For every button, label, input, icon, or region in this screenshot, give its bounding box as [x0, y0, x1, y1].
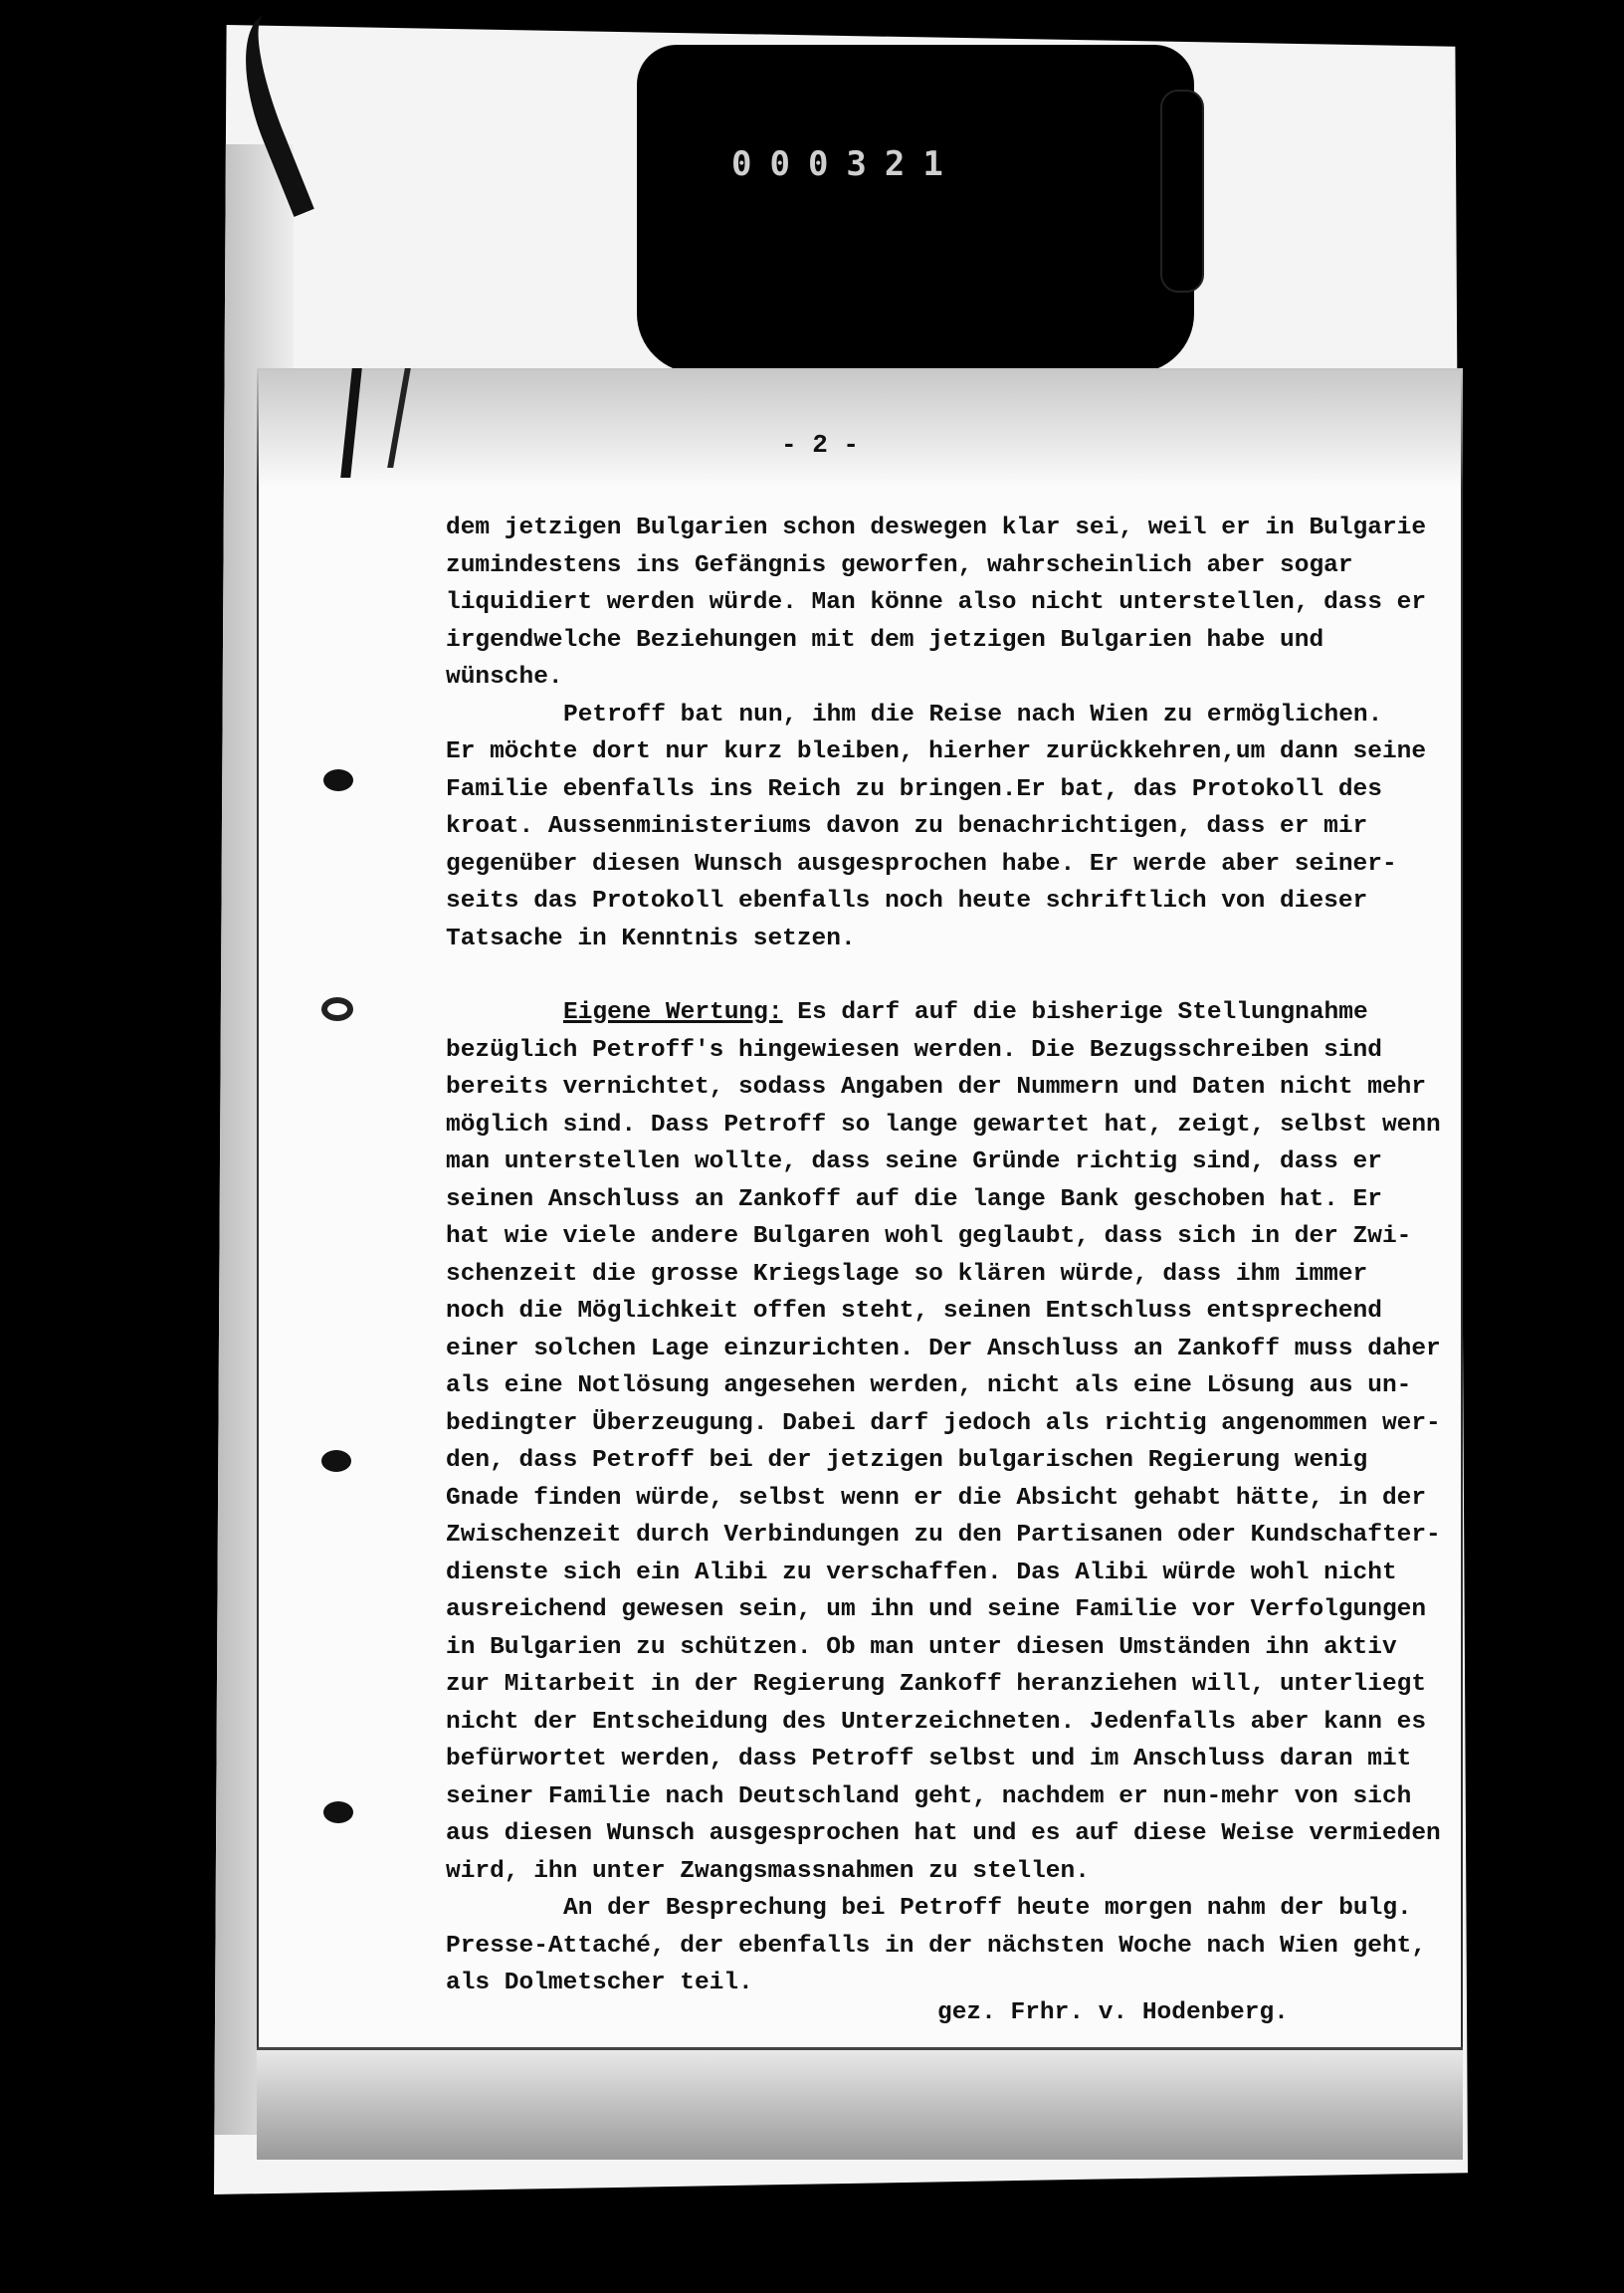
- text-line: bezüglich Petroff's hingewiesen werden. …: [446, 1032, 1441, 1070]
- punch-hole-icon: [321, 1450, 351, 1472]
- text-line: befürwortet werden, dass Petroff selbst …: [446, 1741, 1441, 1778]
- text-line: gegenüber diesen Wunsch ausgesprochen ha…: [446, 846, 1441, 884]
- text-line: zur Mitarbeit in der Regierung Zankoff h…: [446, 1666, 1441, 1704]
- text-line: dem jetzigen Bulgarien schon deswegen kl…: [446, 510, 1441, 547]
- text-line: man unterstellen wollte, dass seine Grün…: [446, 1144, 1441, 1181]
- text-line: als eine Notlösung angesehen werden, nic…: [446, 1367, 1441, 1405]
- paragraph-3: Eigene Wertung: Es darf auf die bisherig…: [446, 994, 1441, 1890]
- text-line: Tatsache in Kenntnis setzen.: [446, 921, 1441, 958]
- page-bottom-fold: [257, 2047, 1463, 2160]
- text-line: den, dass Petroff bei der jetzigen bulga…: [446, 1442, 1441, 1480]
- paragraph-1: dem jetzigen Bulgarien schon deswegen kl…: [446, 510, 1441, 697]
- text-line: An der Besprechung bei Petroff heute mor…: [446, 1890, 1441, 1928]
- text-line: als Dolmetscher teil.: [446, 1965, 1441, 2002]
- text-line: Zwischenzeit durch Verbindungen zu den P…: [446, 1517, 1441, 1555]
- punch-hole-icon: [323, 769, 353, 791]
- text-line: Petroff bat nun, ihm die Reise nach Wien…: [446, 697, 1441, 734]
- text-line: irgendwelche Beziehungen mit dem jetzige…: [446, 622, 1441, 660]
- text-line: in Bulgarien zu schützen. Ob man unter d…: [446, 1629, 1441, 1667]
- page-number: - 2 -: [781, 430, 859, 460]
- text-line: bereits vernichtet, sodass Angaben der N…: [446, 1069, 1441, 1107]
- letter-body: dem jetzigen Bulgarien schon deswegen kl…: [446, 510, 1441, 2002]
- paragraph-2: Petroff bat nun, ihm die Reise nach Wien…: [446, 697, 1441, 958]
- text-line: möglich sind. Dass Petroff so lange gewa…: [446, 1107, 1441, 1145]
- paragraph-4: An der Besprechung bei Petroff heute mor…: [446, 1890, 1441, 2002]
- text-line: einer solchen Lage einzurichten. Der Ans…: [446, 1331, 1441, 1368]
- text-line: noch die Möglichkeit offen steht, seinen…: [446, 1293, 1441, 1331]
- text-line: nicht der Entscheidung des Unterzeichnet…: [446, 1704, 1441, 1742]
- text-line: wird, ihn unter Zwangsmassnahmen zu stel…: [446, 1853, 1441, 1891]
- text-line: zumindestens ins Gefängnis geworfen, wah…: [446, 547, 1441, 585]
- text-line: seiner Familie nach Deutschland geht, na…: [446, 1778, 1441, 1816]
- frame-counter-device: 000321: [637, 45, 1194, 373]
- text-line: Presse-Attaché, der ebenfalls in der näc…: [446, 1928, 1441, 1966]
- text-line: bedingter Überzeugung. Dabei darf jedoch…: [446, 1405, 1441, 1443]
- text-line: ausreichend gewesen sein, um ihn und sei…: [446, 1591, 1441, 1629]
- signature: gez. Frhr. v. Hodenberg.: [937, 1999, 1289, 2026]
- text-line: hat wie viele andere Bulgaren wohl gegla…: [446, 1218, 1441, 1256]
- text-line: seinen Anschluss an Zankoff auf die lang…: [446, 1181, 1441, 1219]
- text-line: Er möchte dort nur kurz bleiben, hierher…: [446, 733, 1441, 771]
- text-line: aus diesen Wunsch ausgesprochen hat und …: [446, 1815, 1441, 1853]
- text-line: schenzeit die grosse Kriegslage so kläre…: [446, 1256, 1441, 1294]
- text-line: seits das Protokoll ebenfalls noch heute…: [446, 883, 1441, 921]
- section-heading: Eigene Wertung:: [563, 999, 783, 1026]
- text-line: wünsche.: [446, 659, 1441, 697]
- counter-knob-icon: [1160, 90, 1204, 293]
- text-line: kroat. Aussenministeriums davon zu benac…: [446, 808, 1441, 846]
- punch-hole-icon: [321, 997, 353, 1021]
- punch-hole-icon: [323, 1801, 353, 1823]
- frame-counter-digits: 000321: [731, 144, 961, 184]
- text-line: dienste sich ein Alibi zu verschaffen. D…: [446, 1555, 1441, 1592]
- text-line: Gnade finden würde, selbst wenn er die A…: [446, 1480, 1441, 1518]
- text-line: Familie ebenfalls ins Reich zu bringen.E…: [446, 771, 1441, 809]
- text-line: liquidiert werden würde. Man könne also …: [446, 584, 1441, 622]
